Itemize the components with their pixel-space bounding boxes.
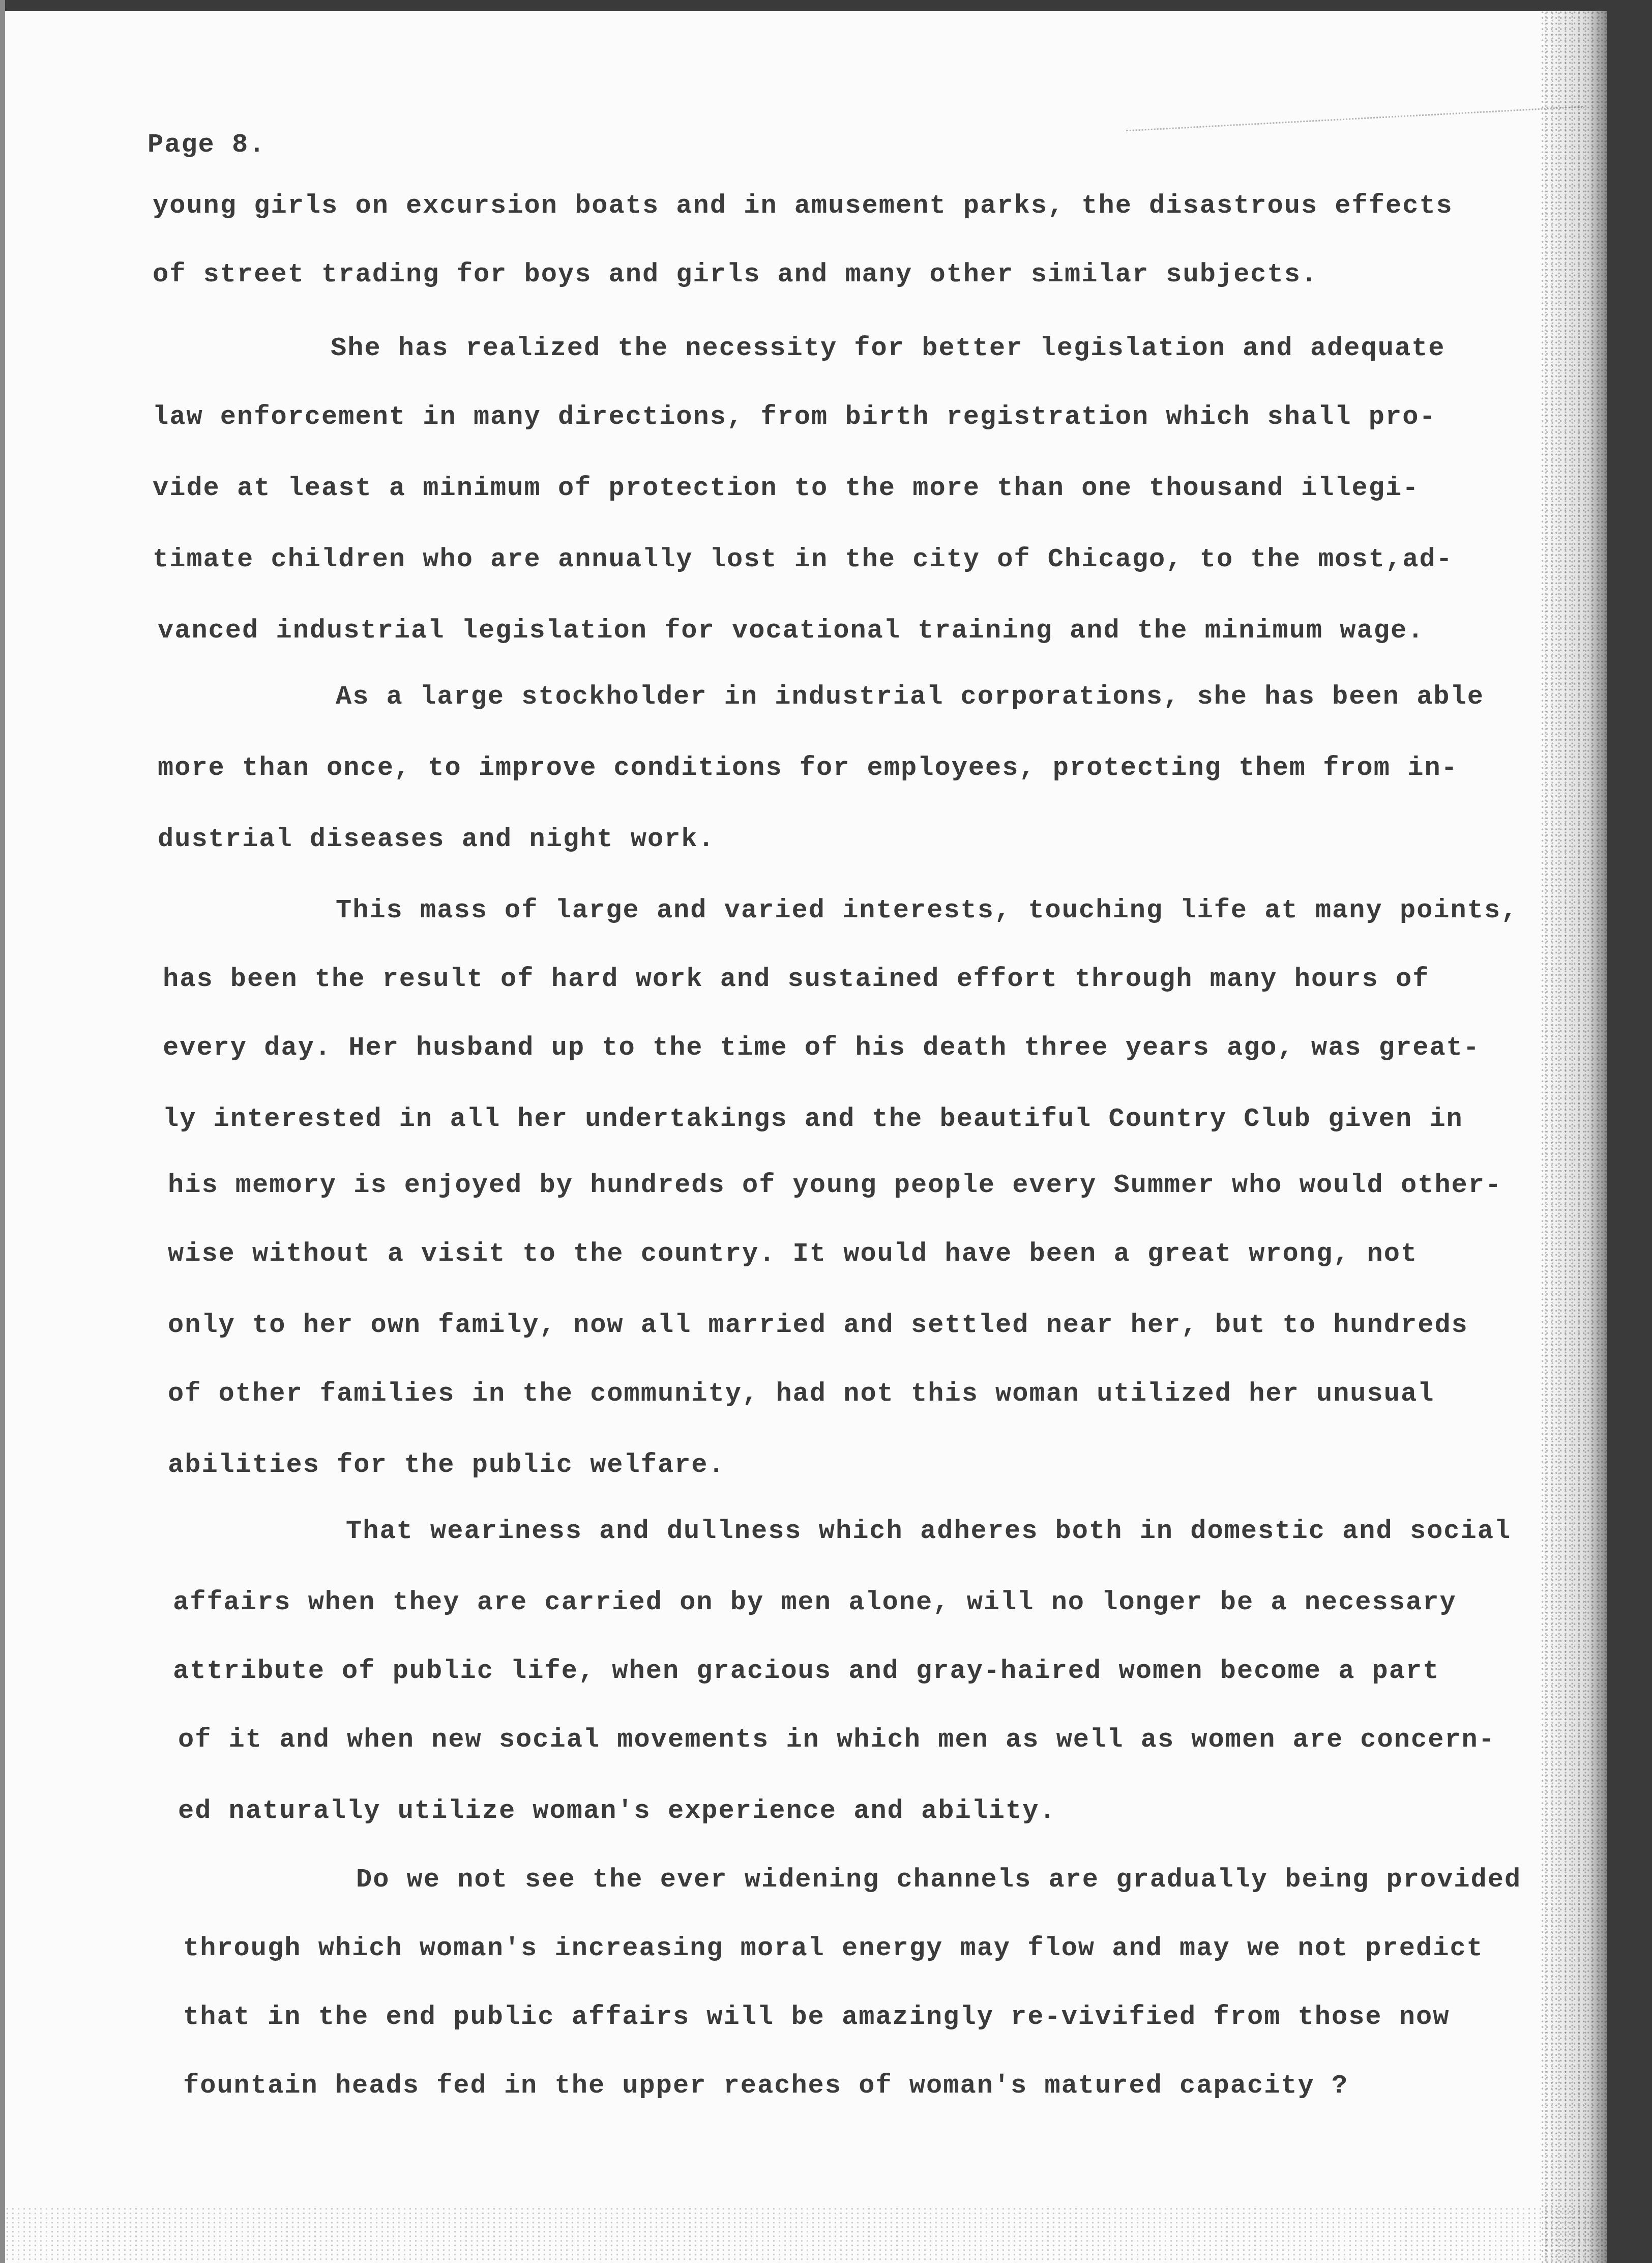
text-line: fountain heads fed in the upper reaches … xyxy=(183,2071,1348,2101)
text-line: ly interested in all her undertakings an… xyxy=(163,1104,1463,1134)
text-line: That weariness and dullness which adhere… xyxy=(346,1516,1511,1546)
scan-left-edge xyxy=(0,0,5,2263)
text-line: his memory is enjoyed by hundreds of you… xyxy=(168,1170,1502,1200)
text-line: law enforcement in many directions, from… xyxy=(153,402,1436,432)
text-line: She has realized the necessity for bette… xyxy=(331,333,1445,363)
page-number: Page 8. xyxy=(147,130,265,160)
text-line: has been the result of hard work and sus… xyxy=(163,964,1429,994)
text-line: young girls on excursion boats and in am… xyxy=(153,191,1453,221)
text-line: This mass of large and varied interests,… xyxy=(336,895,1518,925)
text-line: through which woman's increasing moral e… xyxy=(183,1933,1484,1963)
text-line: Do we not see the ever widening channels… xyxy=(356,1865,1521,1895)
text-line: that in the end public affairs will be a… xyxy=(183,2002,1450,2032)
text-line: of street trading for boys and girls and… xyxy=(153,259,1318,289)
bleed-through-marks xyxy=(1123,45,1583,132)
text-line: affairs when they are carried on by men … xyxy=(173,1587,1457,1617)
text-line: of other families in the community, had … xyxy=(168,1379,1434,1409)
text-line: vanced industrial legislation for vocati… xyxy=(158,616,1424,646)
text-line: every day. Her husband up to the time of… xyxy=(163,1033,1480,1063)
scan-edge-noise xyxy=(1541,11,1607,2263)
scan-bottom-noise xyxy=(5,2207,1607,2263)
text-line: more than once, to improve conditions fo… xyxy=(158,753,1458,783)
text-line: only to her own family, now all married … xyxy=(168,1310,1468,1340)
text-line: As a large stockholder in industrial cor… xyxy=(336,682,1484,712)
text-line: wise without a visit to the country. It … xyxy=(168,1239,1418,1269)
text-line: timate children who are annually lost in… xyxy=(153,544,1453,574)
text-line: attribute of public life, when gracious … xyxy=(173,1656,1439,1686)
text-line: ed naturally utilize woman's experience … xyxy=(178,1796,1056,1826)
text-line: abilities for the public welfare. xyxy=(168,1450,725,1480)
text-line: vide at least a minimum of protection to… xyxy=(153,473,1419,503)
text-line: of it and when new social movements in w… xyxy=(178,1725,1495,1755)
text-line: dustrial diseases and night work. xyxy=(158,824,715,854)
